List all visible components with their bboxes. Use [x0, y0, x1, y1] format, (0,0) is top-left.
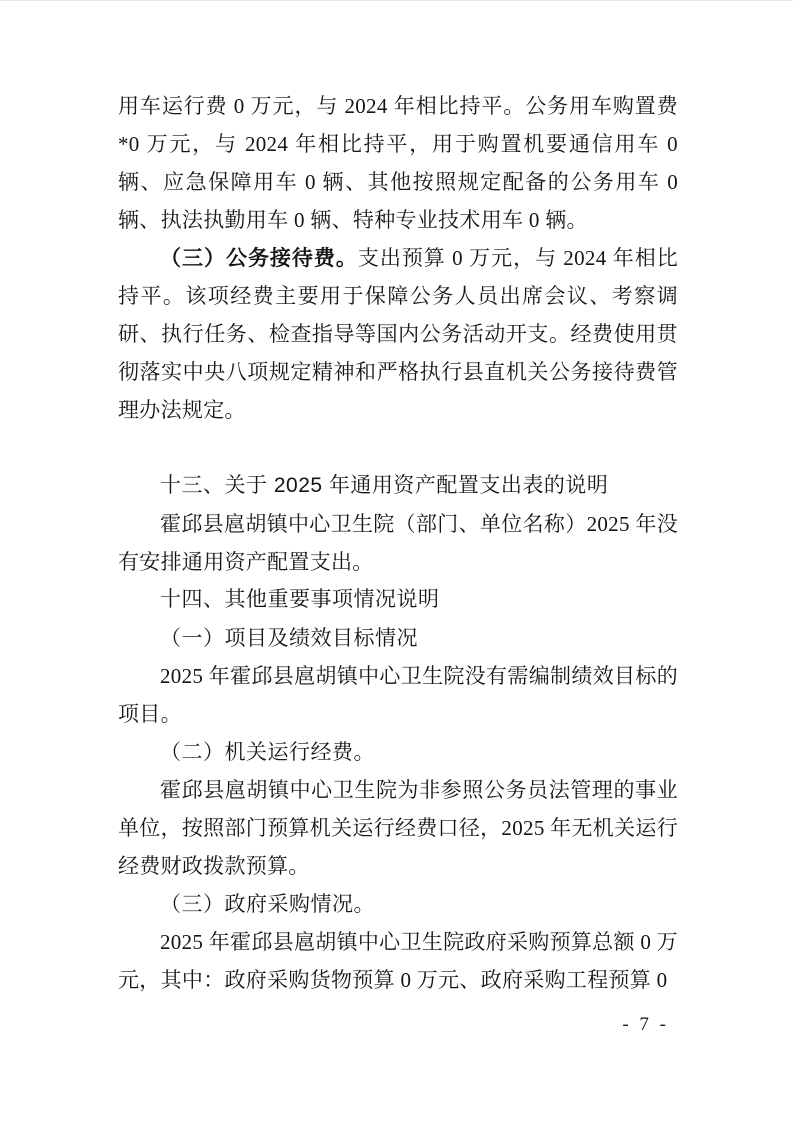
document-content: 用车运行费 0 万元，与 2024 年相比持平。公务用车购置费*0 万元，与 2… [118, 87, 678, 999]
paragraph-official-reception-fee: （三）公务接待费。支出预算 0 万元，与 2024 年相比持平。该项经费主要用于… [118, 239, 678, 429]
paragraph-agency-operating-funds: 霍邱县扈胡镇中心卫生院为非参照公务员法管理的事业单位，按照部门预算机关运行经费口… [118, 771, 678, 885]
document-page: 用车运行费 0 万元，与 2024 年相比持平。公务用车购置费*0 万元，与 2… [0, 0, 793, 1122]
paragraph-lead-official-reception-fee: （三）公务接待费。 [160, 246, 358, 270]
heading-government-procurement: （三）政府采购情况。 [118, 885, 678, 923]
heading-project-performance-targets: （一）项目及绩效目标情况 [118, 619, 678, 657]
paragraph-asset-allocation: 霍邱县扈胡镇中心卫生院（部门、单位名称）2025 年没有安排通用资产配置支出。 [118, 505, 678, 581]
page-number: - 7 - [622, 1014, 669, 1036]
paragraph-text-official-reception-fee: 支出预算 0 万元，与 2024 年相比持平。该项经费主要用于保障公务人员出席会… [118, 246, 678, 422]
paragraph-government-procurement: 2025 年霍邱县扈胡镇中心卫生院政府采购预算总额 0 万元，其中：政府采购货物… [118, 923, 678, 999]
paragraph-vehicle-operation-fee: 用车运行费 0 万元，与 2024 年相比持平。公务用车购置费*0 万元，与 2… [118, 87, 678, 239]
heading-agency-operating-funds: （二）机关运行经费。 [118, 733, 678, 771]
heading-section-14-other-matters: 十四、其他重要事项情况说明 [118, 581, 678, 619]
paragraph-performance-targets: 2025 年霍邱县扈胡镇中心卫生院没有需编制绩效目标的项目。 [118, 657, 678, 733]
heading-section-13-asset-allocation: 十三、关于 2025 年通用资产配置支出表的说明 [118, 467, 678, 505]
